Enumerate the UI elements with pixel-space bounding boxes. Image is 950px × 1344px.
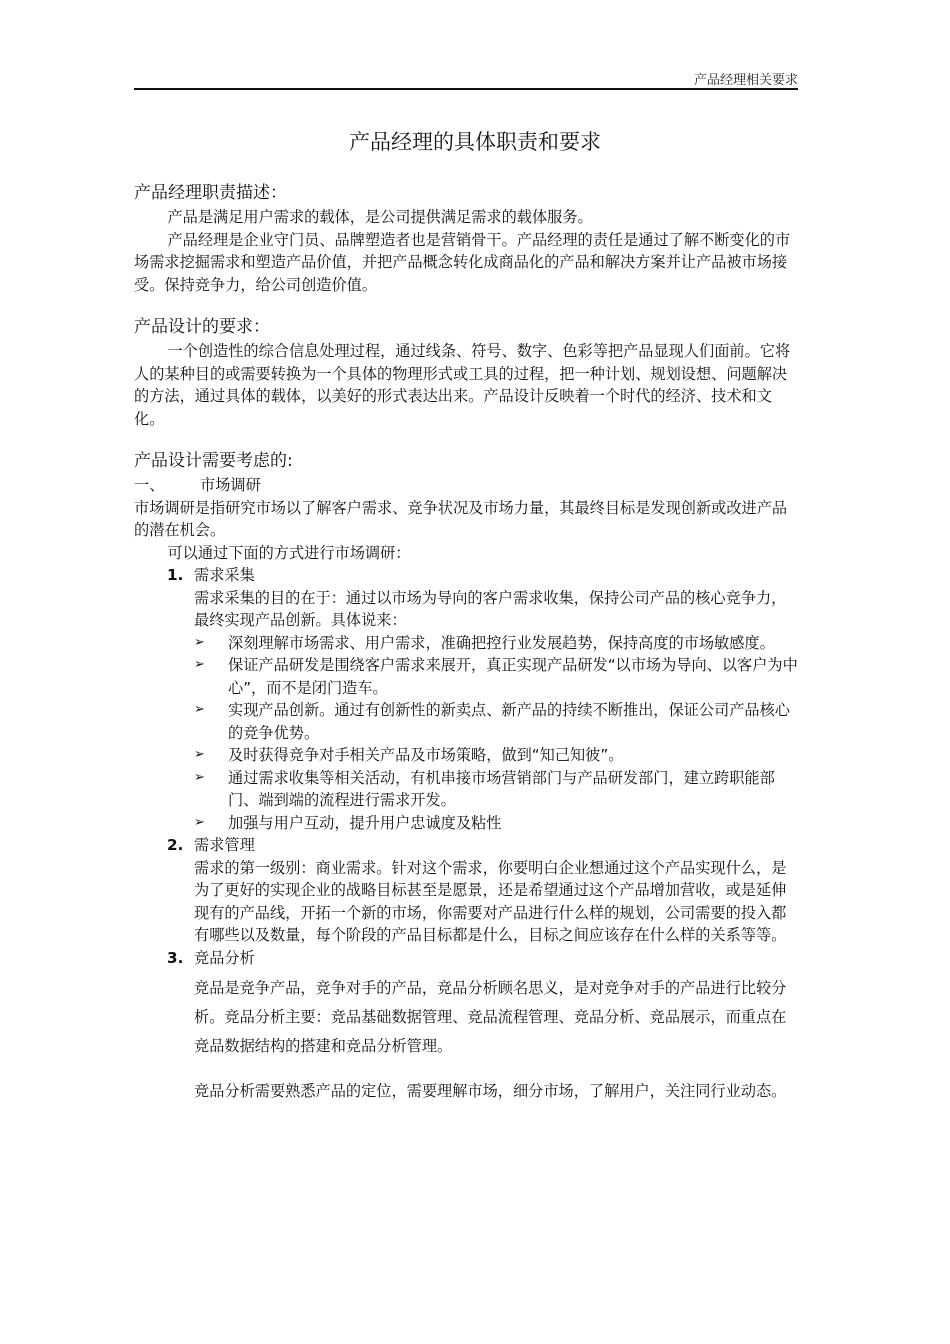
bullet-item: ➢保证产品研发是围绕客户需求来展开，真正实现产品研发“以市场为导向、以客户为中心… <box>134 654 798 699</box>
competitor-analysis-body: 竞品是竞争产品，竞争对手的产品，竞品分析顾名思义，是对竞争对手的产品进行比较分析… <box>134 974 798 1106</box>
bullet-item: ➢加强与用户互动，提升用户忠诚度及粘性 <box>134 812 798 835</box>
bullet-item: ➢实现产品创新。通过有创新性的新卖点、新产品的持续不断推出，保证公司产品核心的竞… <box>134 699 798 744</box>
paragraph: 竞品分析需要熟悉产品的定位，需要理解市场，细分市场，了解用户，关注同行业动态。 <box>134 1077 798 1106</box>
item-title: 竞品分析 <box>194 949 255 967</box>
document-title: 产品经理的具体职责和要求 <box>0 126 950 156</box>
paragraph: 需求的第一级别：商业需求。针对这个需求，你要明白企业想通过这个产品实现什么，是为… <box>134 857 798 947</box>
item-number: 3. <box>167 947 183 970</box>
section-heading-duties: 产品经理职责描述： <box>134 180 798 206</box>
document-page: 产品经理相关要求 产品经理的具体职责和要求 产品经理职责描述： 产品是满足用户需… <box>0 0 950 1344</box>
item-title: 需求管理 <box>194 836 255 854</box>
header-rule <box>134 88 798 90</box>
paragraph: 市场调研是指研究市场以了解客户需求、竞争状况及市场力量，其最终目标是发现创新或改… <box>134 497 798 542</box>
paragraph: 需求采集的目的在于：通过以市场为导向的客户需求收集，保持公司产品的核心竞争力，最… <box>134 587 798 632</box>
arrow-bullet-icon: ➢ <box>194 632 205 655</box>
paragraph: 产品是满足用户需求的载体，是公司提供满足需求的载体服务。 <box>134 206 798 229</box>
paragraph-lead: 可以通过下面的方式进行市场调研： <box>134 542 798 565</box>
arrow-bullet-icon: ➢ <box>194 812 205 835</box>
paragraph: 竞品是竞争产品，竞争对手的产品，竞品分析顾名思义，是对竞争对手的产品进行比较分析… <box>134 974 798 1061</box>
running-header: 产品经理相关要求 <box>694 69 798 88</box>
subsection-number: 一、 <box>134 474 200 497</box>
bullet-item: ➢通过需求收集等相关活动，有机串接市场营销部门与产品研发部门，建立跨职能部门、端… <box>134 767 798 812</box>
arrow-bullet-icon: ➢ <box>194 699 205 722</box>
subsection-title: 市场调研 <box>200 474 261 497</box>
arrow-bullet-icon: ➢ <box>194 744 205 767</box>
arrow-bullet-icon: ➢ <box>194 654 205 677</box>
section-heading-design-considerations: 产品设计需要考虑的: <box>134 448 798 474</box>
document-body: 产品经理职责描述： 产品是满足用户需求的载体，是公司提供满足需求的载体服务。 产… <box>134 180 798 1106</box>
numbered-item-demand-management: 2. 需求管理 <box>134 834 798 857</box>
numbered-item-demand-collection: 1. 需求采集 <box>134 564 798 587</box>
paragraph: 一个创造性的综合信息处理过程，通过线条、符号、数字、色彩等把产品显现人们面前。它… <box>134 340 798 430</box>
section-heading-design-requirements: 产品设计的要求： <box>134 314 798 340</box>
arrow-bullet-icon: ➢ <box>194 767 205 790</box>
subsection-heading-market-research: 一、 市场调研 <box>134 474 798 497</box>
item-number: 2. <box>167 834 183 857</box>
item-number: 1. <box>167 564 183 587</box>
paragraph: 产品经理是企业守门员、品牌塑造者也是营销骨干。产品经理的责任是通过了解不断变化的… <box>134 229 798 297</box>
bullet-item: ➢深刻理解市场需求、用户需求，准确把控行业发展趋势，保持高度的市场敏感度。 <box>134 632 798 655</box>
item-title: 需求采集 <box>194 566 255 584</box>
numbered-item-competitor-analysis: 3. 竞品分析 <box>134 947 798 970</box>
bullet-item: ➢及时获得竞争对手相关产品及市场策略，做到“知己知彼”。 <box>134 744 798 767</box>
